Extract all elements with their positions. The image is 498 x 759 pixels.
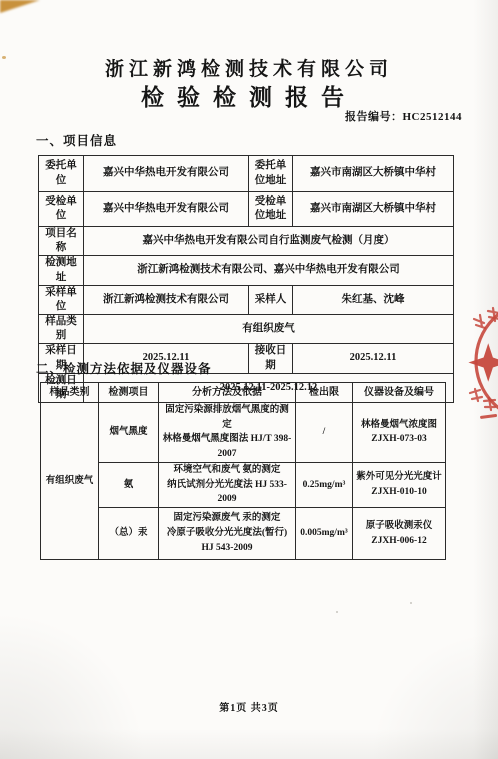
detection-limit-cell: / xyxy=(296,403,353,463)
section-project-info-heading: 一、项目信息 xyxy=(36,131,117,149)
project-name-label: 项目名称 xyxy=(39,227,84,256)
table-row: 样品类别 有组织废气 xyxy=(39,315,454,344)
table-row: 氨 环境空气和废气 氨的测定纳氏试剂分光光度法 HJ 533-2009 0.25… xyxy=(41,462,446,507)
instrument-line: 原子吸收测汞仪 xyxy=(355,519,443,534)
inspected-address-value: 嘉兴市南湖区大桥镇中华村 xyxy=(293,192,454,227)
company-title: 浙江新鸿检测技术有限公司 xyxy=(0,54,498,81)
instrument-cell: 紫外可见分光光度计ZJXH-010-10 xyxy=(353,462,446,507)
sampler-value: 朱红基、沈峰 xyxy=(293,285,454,314)
method-line: 冷原子吸收分光光度法(暂行) HJ 543-2009 xyxy=(161,526,293,555)
sampling-unit-label: 采样单位 xyxy=(39,285,84,314)
sample-type-cell: 有组织废气 xyxy=(41,403,99,560)
test-item-cell: 烟气黑度 xyxy=(99,403,159,463)
section-methods-heading: 二、检测方法依据及仪器设备 xyxy=(36,359,212,377)
table-row: 检测地址 浙江新鸿检测技术有限公司、嘉兴中华热电开发有限公司 xyxy=(39,256,454,285)
table-row: 有组织废气 烟气黑度 固定污染源排放烟气黑度的测定林格曼烟气黑度图法 HJ/T … xyxy=(41,403,446,463)
receive-date-value: 2025.12.11 xyxy=(293,344,454,373)
corner-smudge xyxy=(0,0,40,13)
table-row: 项目名称 嘉兴中华热电开发有限公司自行监测废气检测（月度） xyxy=(39,227,454,256)
detection-limit-cell: 0.25mg/m³ xyxy=(296,462,353,507)
method-cell: 固定污染源废气 汞的测定冷原子吸收分光光度法(暂行) HJ 543-2009 xyxy=(159,508,296,560)
table-row: （总）汞 固定污染源废气 汞的测定冷原子吸收分光光度法(暂行) HJ 543-2… xyxy=(41,508,446,560)
col-sample-type: 样品类别 xyxy=(41,383,99,403)
instrument-line: ZJXH-006-12 xyxy=(355,534,443,549)
test-item-cell: 氨 xyxy=(99,462,159,507)
table-row: 受检单位 嘉兴中华热电开发有限公司 受检单位地址 嘉兴市南湖区大桥镇中华村 xyxy=(39,192,454,227)
report-page: 浙江新鸿检测技术有限公司 检验检测报告 报告编号：HC2512144 一、项目信… xyxy=(0,0,498,759)
col-detection-limit: 检出限 xyxy=(296,383,353,403)
client-value: 嘉兴中华热电开发有限公司 xyxy=(84,156,249,192)
col-test-item: 检测项目 xyxy=(99,383,159,403)
instrument-line: 紫外可见分光光度计 xyxy=(355,470,443,485)
method-line: 固定污染源排放烟气黑度的测定 xyxy=(161,403,293,432)
scan-speck xyxy=(410,602,412,604)
table-row: 采样单位 浙江新鸿检测技术有限公司 采样人 朱红基、沈峰 xyxy=(39,285,454,314)
inspected-value: 嘉兴中华热电开发有限公司 xyxy=(84,192,249,227)
client-address-value: 嘉兴市南湖区大桥镇中华村 xyxy=(293,156,454,192)
official-seal-stamp xyxy=(464,297,498,437)
sampler-label: 采样人 xyxy=(249,285,293,314)
table-row: 委托单位 嘉兴中华热电开发有限公司 委托单位地址 嘉兴市南湖区大桥镇中华村 xyxy=(39,156,454,192)
sample-type-label: 样品类别 xyxy=(39,315,84,344)
col-method: 分析方法及依据 xyxy=(159,383,296,403)
scan-speck xyxy=(336,611,338,613)
method-line: 纳氏试剂分光光度法 HJ 533-2009 xyxy=(161,478,293,507)
sample-type-value: 有组织废气 xyxy=(84,315,454,344)
sampling-unit-value: 浙江新鸿检测技术有限公司 xyxy=(84,285,249,314)
method-cell: 固定污染源排放烟气黑度的测定林格曼烟气黑度图法 HJ/T 398-2007 xyxy=(159,403,296,463)
col-instrument: 仪器设备及编号 xyxy=(353,383,446,403)
test-address-value: 浙江新鸿检测技术有限公司、嘉兴中华热电开发有限公司 xyxy=(84,256,454,285)
report-number: 报告编号：HC2512144 xyxy=(345,108,462,124)
client-label: 委托单位 xyxy=(39,156,84,192)
instrument-line: ZJXH-073-03 xyxy=(355,432,443,447)
page-footer: 第1页 共3页 xyxy=(0,699,498,714)
receive-date-label: 接收日期 xyxy=(249,344,293,373)
test-address-label: 检测地址 xyxy=(39,256,84,285)
report-number-label: 报告编号： xyxy=(345,111,403,123)
inspected-address-label: 受检单位地址 xyxy=(249,192,293,227)
instrument-cell: 原子吸收测汞仪ZJXH-006-12 xyxy=(353,508,446,560)
method-line: 环境空气和废气 氨的测定 xyxy=(161,463,293,478)
instrument-cell: 林格曼烟气浓度图ZJXH-073-03 xyxy=(353,403,446,463)
project-name-value: 嘉兴中华热电开发有限公司自行监测废气检测（月度） xyxy=(84,227,454,256)
report-number-value: HC2512144 xyxy=(403,111,463,123)
method-cell: 环境空气和废气 氨的测定纳氏试剂分光光度法 HJ 533-2009 xyxy=(159,462,296,507)
method-line: 林格曼烟气黑度图法 HJ/T 398-2007 xyxy=(161,432,293,461)
client-address-label: 委托单位地址 xyxy=(249,156,293,192)
instrument-line: 林格曼烟气浓度图 xyxy=(355,418,443,433)
instrument-line: ZJXH-010-10 xyxy=(355,485,443,500)
methods-table: 样品类别 检测项目 分析方法及依据 检出限 仪器设备及编号 有组织废气 烟气黑度… xyxy=(40,382,446,560)
table-header-row: 样品类别 检测项目 分析方法及依据 检出限 仪器设备及编号 xyxy=(41,383,446,403)
inspected-label: 受检单位 xyxy=(39,192,84,227)
method-line: 固定污染源废气 汞的测定 xyxy=(161,511,293,526)
test-item-cell: （总）汞 xyxy=(99,508,159,560)
detection-limit-cell: 0.005mg/m³ xyxy=(296,508,353,560)
